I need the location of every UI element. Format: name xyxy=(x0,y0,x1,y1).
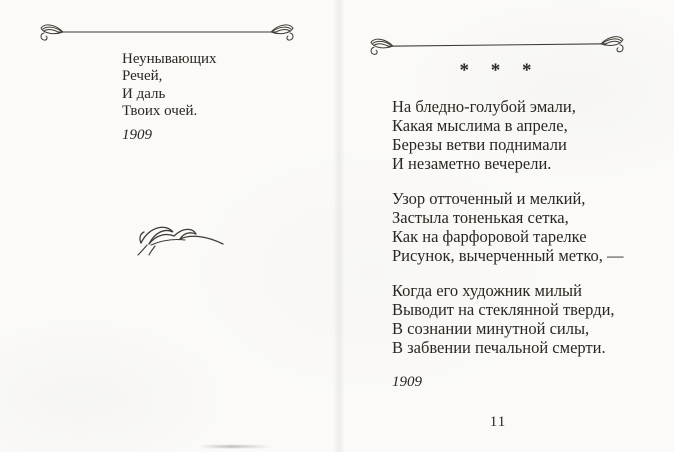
poem-year: 1909 xyxy=(392,373,624,392)
poem-year: 1909 xyxy=(122,127,217,144)
right-poem: На бледно-голубой эмали, Какая мыслима в… xyxy=(392,97,624,392)
stanza: На бледно-голубой эмали, Какая мыслима в… xyxy=(392,97,624,173)
poem-line: И незаметно вечерели. xyxy=(392,154,624,173)
left-poem: Неунывающих Речей, И даль Твоих очей. 19… xyxy=(122,51,217,144)
page-number: 11 xyxy=(370,414,626,431)
left-page: Неунывающих Речей, И даль Твоих очей. 19… xyxy=(0,0,340,452)
swirl-rule-ornament-icon xyxy=(368,31,626,60)
poem-line: Неунывающих xyxy=(122,51,217,68)
poem-line: Твоих очей. xyxy=(122,103,217,120)
poem-line: В забвении печальной смерти. xyxy=(392,338,624,357)
poem-line: Застыла тоненькая сетка, xyxy=(392,208,624,227)
poem-line: Выводит на стеклянной тверди, xyxy=(392,300,624,319)
section-marker: * * * xyxy=(370,60,626,82)
right-page: * * * На бледно-голубой эмали, Какая мыс… xyxy=(340,0,674,452)
poem-line: И даль xyxy=(122,86,217,103)
poem-line: Как на фарфоровой тарелке xyxy=(392,227,624,246)
poem-line: Речей, xyxy=(122,68,217,85)
stanza: Когда его художник милый Выводит на стек… xyxy=(392,281,624,357)
poem-line: Березы ветви поднимали xyxy=(392,135,624,154)
stanza: Узор отточенный и мелкий, Застыла тонень… xyxy=(392,189,624,265)
poem-line: Рисунок, вычерченный метко, — xyxy=(392,246,624,265)
poem-line: На бледно-голубой эмали, xyxy=(392,97,624,116)
poem-line: Какая мыслима в апреле, xyxy=(392,116,624,135)
poem-line: Узор отточенный и мелкий, xyxy=(392,189,624,208)
poem-line: В сознании минутной силы, xyxy=(392,319,624,338)
poem-line: Когда его художник милый xyxy=(392,281,624,300)
calligraphic-wave-flourish-icon xyxy=(134,218,228,264)
swirl-rule-ornament-icon xyxy=(38,19,296,45)
book-spread: Неунывающих Речей, И даль Твоих очей. 19… xyxy=(0,0,674,452)
page-edge-shadow xyxy=(198,445,272,448)
